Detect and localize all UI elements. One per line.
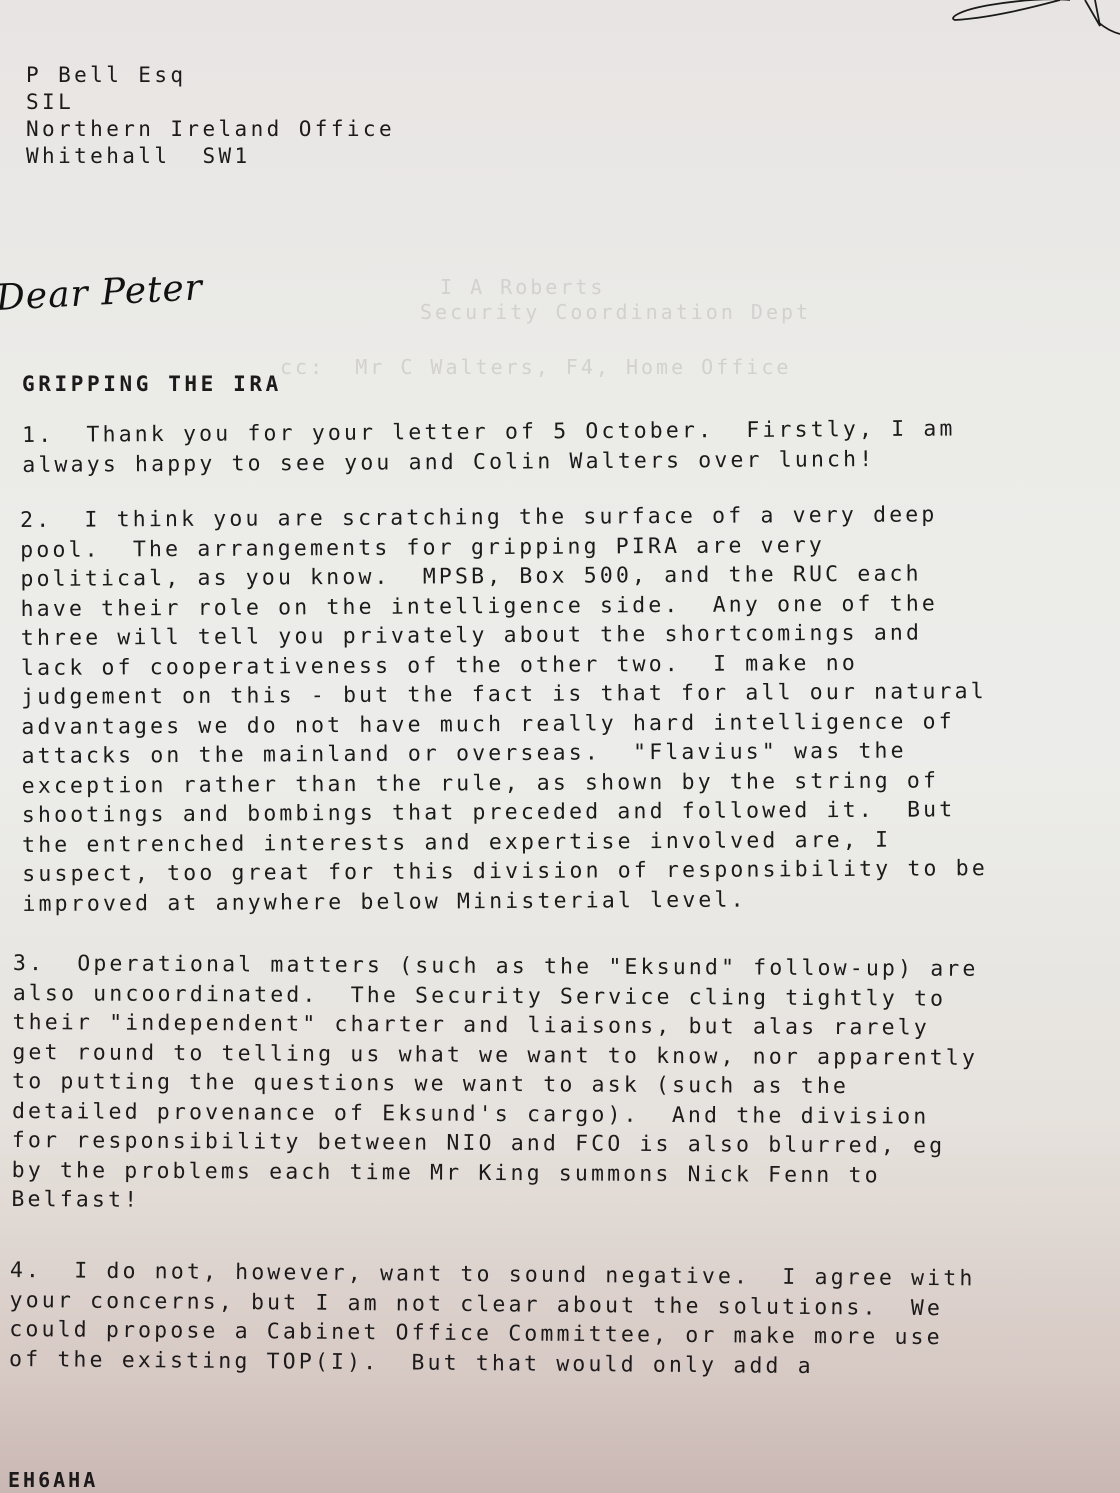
handwritten-salutation: Dear Peter <box>0 267 204 319</box>
paragraph-3: 3. Operational matters (such as the "Eks… <box>11 949 1113 1221</box>
paragraph-2: 2. I think you are scratching the surfac… <box>20 499 1120 919</box>
show-through-signatory: I A Roberts <box>440 275 605 299</box>
address-line: SIL <box>26 89 395 116</box>
address-line: P Bell Esq <box>26 62 395 89</box>
show-through-cc: cc: Mr C Walters, F4, Home Office <box>280 355 791 379</box>
signature-mark <box>950 0 1120 40</box>
paragraph-line: improved at anywhere below Ministerial l… <box>22 883 1120 919</box>
paragraph-line: Belfast! <box>11 1185 1111 1221</box>
recipient-address: P Bell Esq SIL Northern Ireland Office W… <box>26 62 395 170</box>
paragraph-4: 4. I do not, however, want to sound nega… <box>9 1256 1110 1384</box>
address-line: Northern Ireland Office <box>26 116 395 143</box>
show-through-department: Security Coordination Dept <box>420 300 811 324</box>
subject-heading: GRIPPING THE IRA <box>22 372 282 396</box>
letter-page: I A Roberts Security Coordination Dept c… <box>0 0 1120 1493</box>
footer-reference-code: EH6AHA <box>8 1468 98 1492</box>
paragraph-1: 1. Thank you for your letter of 5 Octobe… <box>22 413 1120 480</box>
address-line: Whitehall SW1 <box>26 143 395 170</box>
